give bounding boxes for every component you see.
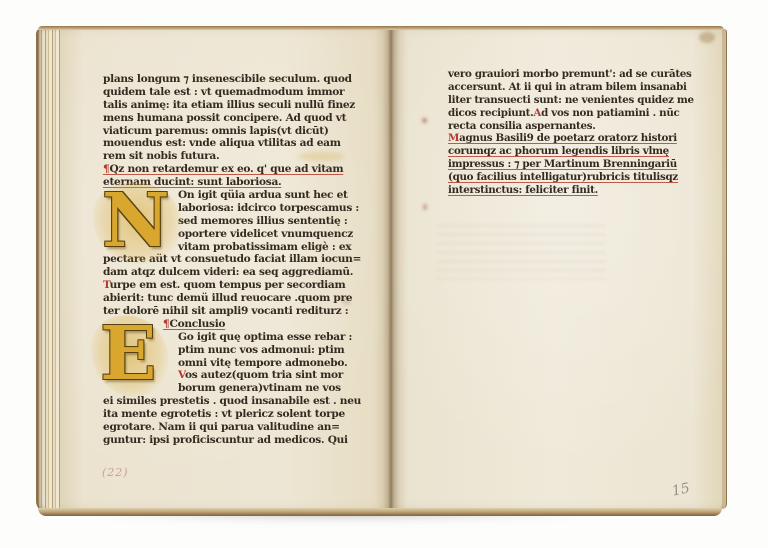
text-line: ita mente egrotetis : vt plericz solent … [103,408,388,421]
rubric-mark: T [103,279,110,291]
illuminated-initial-e: E [100,321,156,387]
text-line: dicos recipiunt.Ad vos non patiamini . n… [448,107,710,120]
open-book: N E plans longum ⁊ insenescibile seculum… [36,26,726,516]
text-line: dam atqz dulcem videri: ea seq aggrediam… [103,266,388,279]
right-page-text: vero grauiori morbo premunt': ad se curā… [448,68,710,197]
red-ink-speck [423,204,427,210]
text-line: (quo facilius intelligatur)rubricis titu… [448,171,710,184]
handwritten-foliation-left: (22) [102,466,129,479]
text-line: talis animę: ita etiam illius seculi nul… [103,99,388,112]
text-line: liter transuecti sunt: ne venientes quid… [448,94,710,107]
rubric-mark: A [533,107,541,119]
text-line: quidem tale est : vt quemadmodum immor [103,86,388,99]
text-line: abierit: tunc demü illud reuocare .quom … [103,292,388,305]
text-line: rem sit nobis futura. [103,150,388,163]
page-top-edge [38,26,724,30]
text-line: Magnus Basili9 de poetarz oratorz histor… [448,132,710,145]
text-line: interstinctus: feliciter finit. [448,184,710,197]
illuminated-initial-n: N [102,188,170,254]
red-ink-speck [422,118,427,123]
stacked-page-edges-left [36,28,63,513]
text-line: viaticum paremus: omnis lapis(vt dicūt) [103,125,388,138]
text-line: mens humana possit concipere. Ad quod vt [103,112,388,125]
photo-background: N E plans longum ⁊ insenescibile seculum… [0,0,768,548]
foxing-stain [699,32,715,43]
text-line: mouendus est: vnde aliqua vtilitas ad ea… [103,137,388,150]
text-line: egrotare. Nam ii qui parua valitudine an… [103,421,388,434]
text-line: impressus : ⁊ per Martinum Brenningariū [448,158,710,171]
text-line: accersunt. At ii qui in atram bilem insa… [448,81,710,94]
text-line: guntur: ipsi proficiscuntur ad medicos. … [103,434,388,447]
rubric-mark: M [448,132,459,144]
text-line: plans longum ⁊ insenescibile seculum. qu… [103,73,388,86]
text-line: Turpe em est. quom tempus per secordiam [103,279,388,292]
text-line: vero grauiori morbo premunt': ad se curā… [448,68,710,81]
text-line: recta consilia aspernantes. [448,120,710,133]
text-show-through [436,224,606,280]
stacked-page-edges-bottom [38,508,722,516]
text-line: ¶Qz non retardemur ex eo. q' que ad vita… [103,163,388,176]
rubric-mark: V [178,369,185,381]
text-line: corumqz ac phorum legendis libris vlmę [448,145,710,158]
text-line: ei similes prestetis . quod insanabile e… [103,395,388,408]
